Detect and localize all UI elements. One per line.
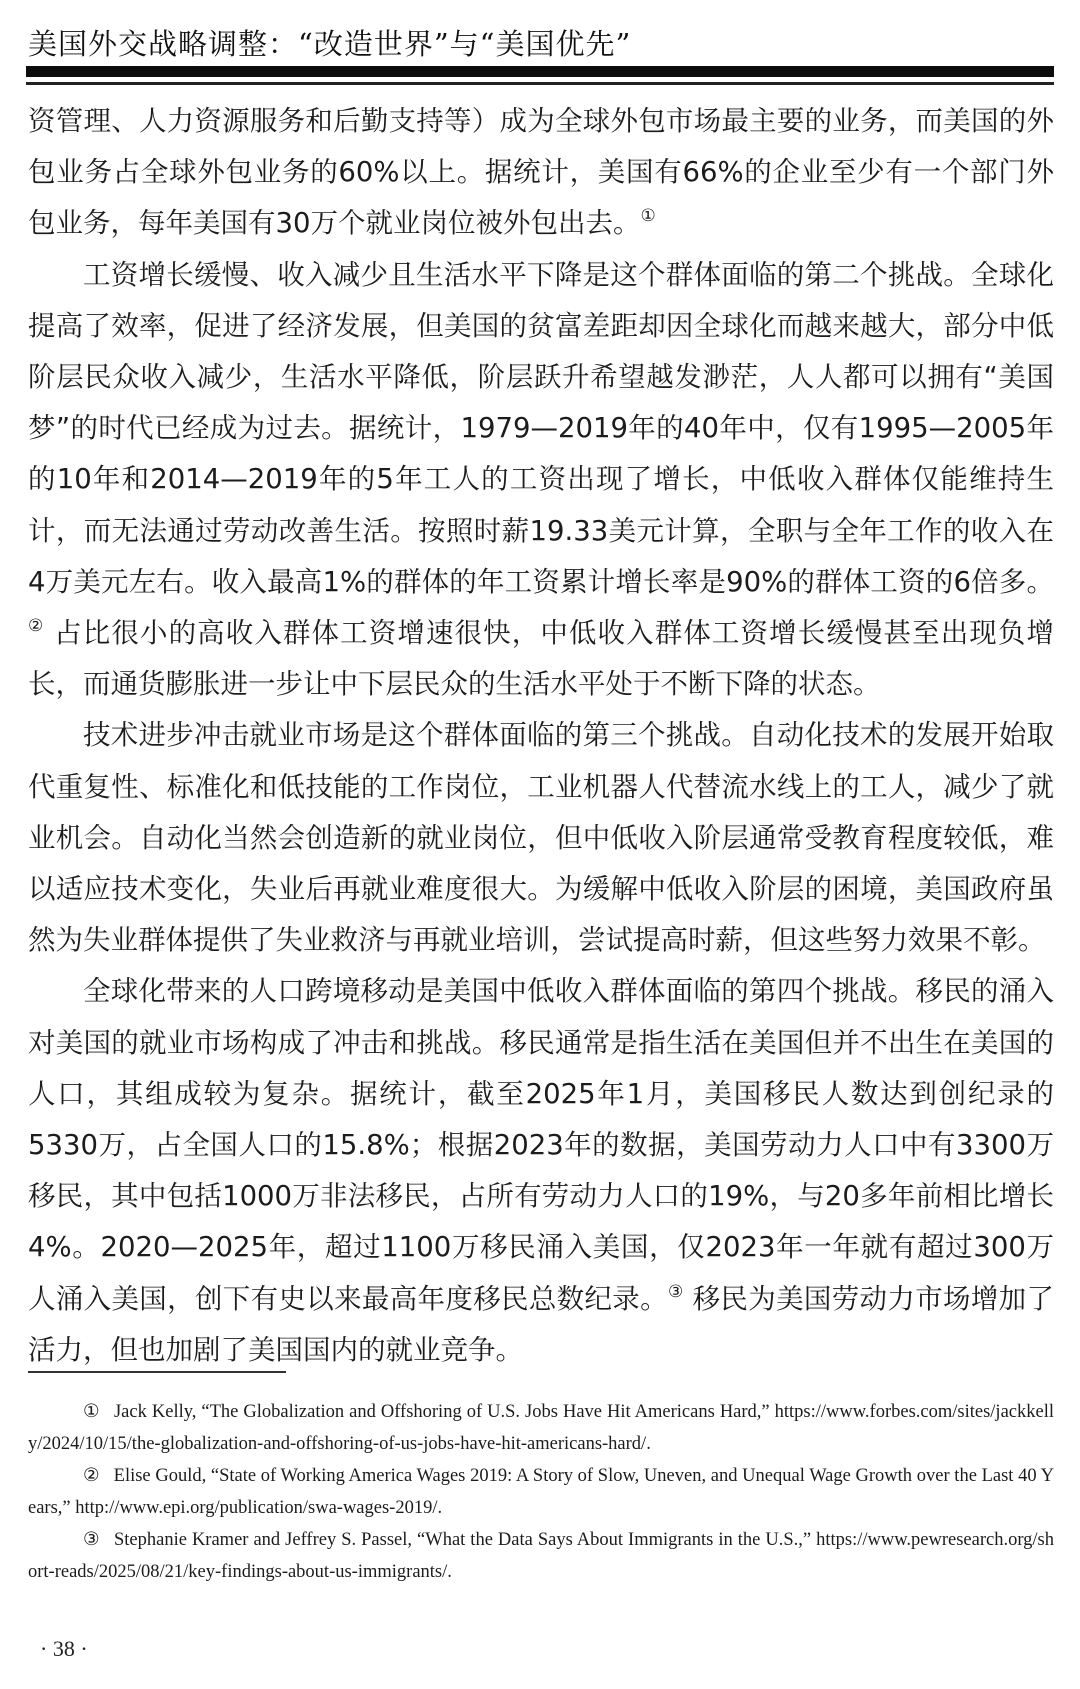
paragraph-text: 资管理、人力资源服务和后勤支持等）成为全球外包市场最主要的业务，而美国的外包业务… (28, 105, 1054, 239)
footnote-2: ②Elise Gould, “State of Working America … (28, 1460, 1054, 1524)
paragraph-1: 资管理、人力资源服务和后勤支持等）成为全球外包市场最主要的业务，而美国的外包业务… (28, 96, 1054, 250)
header-rule-thick (26, 66, 1054, 77)
footnote-mark: ③ (83, 1530, 100, 1550)
footnote-mark: ② (83, 1466, 100, 1486)
footnote-3: ③Stephanie Kramer and Jeffrey S. Passel,… (28, 1524, 1054, 1588)
footnote-mark: ① (83, 1402, 100, 1422)
footnote-ref-3[interactable]: ③ (668, 1282, 684, 1302)
footnote-ref-2[interactable]: ② (28, 616, 44, 636)
footnote-text: Stephanie Kramer and Jeffrey S. Passel, … (28, 1530, 1054, 1582)
paragraph-text: 技术进步冲击就业市场是这个群体面临的第三个挑战。自动化技术的发展开始取代重复性、… (28, 719, 1054, 956)
paragraph-4: 全球化带来的人口跨境移动是美国中低收入群体面临的第四个挑战。移民的涌入对美国的就… (28, 966, 1054, 1376)
footnote-separator (28, 1371, 286, 1373)
page-number: · 38 · (40, 1636, 88, 1662)
paragraph-2: 工资增长缓慢、收入减少且生活水平下降是这个群体面临的第二个挑战。全球化提高了效率… (28, 250, 1054, 711)
footnote-text: Elise Gould, “State of Working America W… (28, 1466, 1054, 1518)
running-head: 美国外交战略调整：“改造世界”与“美国优先” (28, 22, 631, 63)
footnotes: ①Jack Kelly, “The Globalization and Offs… (28, 1396, 1054, 1588)
footnote-ref-1[interactable]: ① (641, 206, 656, 226)
footnote-1: ①Jack Kelly, “The Globalization and Offs… (28, 1396, 1054, 1460)
paragraph-text: 占比很小的高收入群体工资增速很快，中低收入群体工资增长缓慢甚至出现负增长，而通货… (28, 617, 1054, 700)
footnote-text: Jack Kelly, “The Globalization and Offsh… (28, 1402, 1054, 1454)
header-rule-thin (26, 82, 1054, 85)
paragraph-text: 工资增长缓慢、收入减少且生活水平下降是这个群体面临的第二个挑战。全球化提高了效率… (28, 259, 1054, 598)
paragraph-3: 技术进步冲击就业市场是这个群体面临的第三个挑战。自动化技术的发展开始取代重复性、… (28, 710, 1054, 966)
paragraph-text: 全球化带来的人口跨境移动是美国中低收入群体面临的第四个挑战。移民的涌入对美国的就… (28, 975, 1054, 1314)
body-text: 资管理、人力资源服务和后勤支持等）成为全球外包市场最主要的业务，而美国的外包业务… (28, 96, 1054, 1376)
